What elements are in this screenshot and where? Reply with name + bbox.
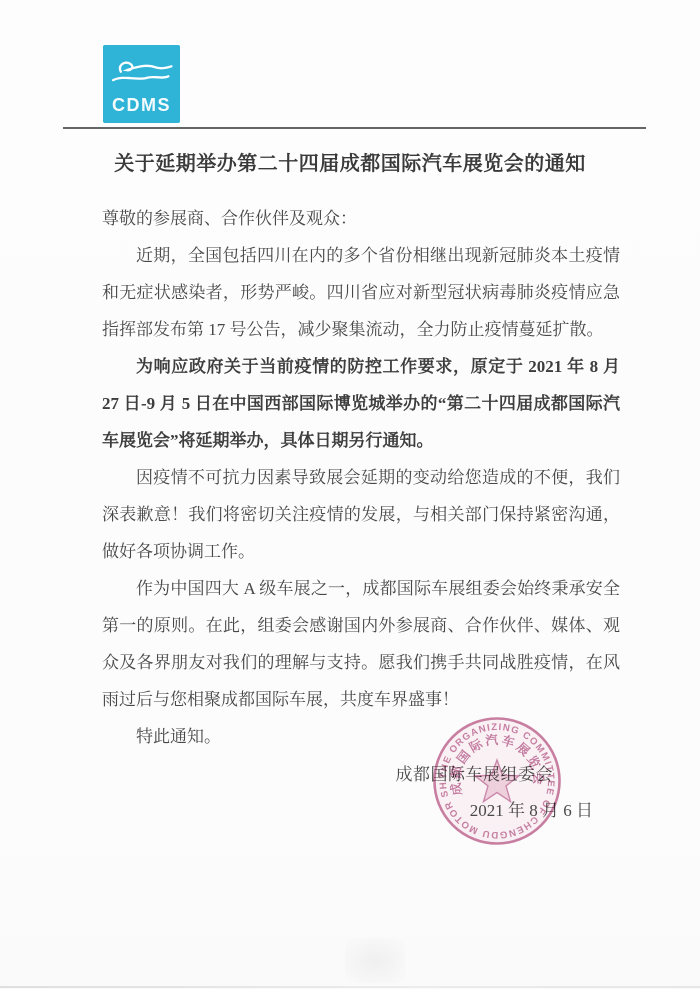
salutation: 尊敬的参展商、合作伙伴及观众： [102, 200, 620, 237]
header-divider [63, 127, 646, 129]
car-swoosh-icon [107, 54, 176, 94]
scan-bottom-edge [0, 986, 700, 988]
notice-title: 关于延期举办第二十四届成都国际汽车展览会的通知 [0, 147, 700, 176]
paragraph-4: 作为中国四大 A 级车展之一，成都国际车展组委会始终秉承安全第一的原则。在此，组… [102, 570, 620, 718]
document-page: CDMS 关于延期举办第二十四届成都国际汽车展览会的通知 尊敬的参展商、合作伙伴… [0, 0, 700, 989]
signature-org: 成都国际车展组委会 [396, 760, 554, 785]
paragraph-2-postponement: 为响应政府关于当前疫情的防控工作要求，原定于 2021 年 8 月 27 日-9… [102, 348, 620, 459]
scan-smudge [345, 938, 405, 983]
notice-body: 尊敬的参展商、合作伙伴及观众： 近期，全国包括四川在内的多个省份相继出现新冠肺炎… [102, 200, 620, 755]
closing-line: 特此通知。 [102, 718, 620, 755]
cdms-logo-text: CDMS [112, 95, 171, 116]
signature-date: 2021 年 8 月 6 日 [470, 796, 593, 821]
cdms-logo: CDMS [103, 45, 180, 123]
paragraph-1: 近期，全国包括四川在内的多个省份相继出现新冠肺炎本土疫情和无症状感染者，形势严峻… [102, 237, 620, 348]
paragraph-3: 因疫情不可抗力因素导致展会延期的变动给您造成的不便，我们深表歉意！我们将密切关注… [102, 459, 620, 570]
